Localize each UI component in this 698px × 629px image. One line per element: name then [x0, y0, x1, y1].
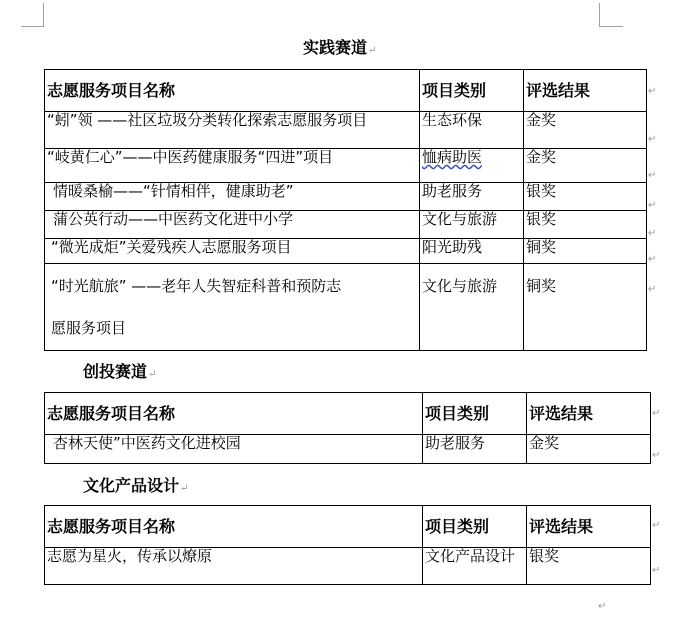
paragraph-mark: ↵: [148, 369, 156, 380]
row-end-mark: ↵: [648, 254, 656, 265]
cell-result: 铜奖: [524, 239, 647, 264]
cell-project-name: “时光航旅” ——老年人失智症科普和预防志 愿服务项目: [45, 264, 420, 351]
row-end-mark: ↵: [648, 200, 656, 211]
cell-line: “时光航旅” ——老年人失智症科普和预防志: [51, 278, 419, 295]
cell-project-name: “蚓”领 ——社区垃圾分类转化探索志愿服务项目: [45, 112, 420, 149]
row-end-mark: ↵: [652, 408, 660, 419]
table-row: “蚓”领 ——社区垃圾分类转化探索志愿服务项目 生态环保 金奖: [45, 112, 647, 149]
cell-category: 助老服务: [423, 435, 527, 464]
practice-track-table: 志愿服务项目名称 项目类别 评选结果 “蚓”领 ——社区垃圾分类转化探索志愿服务…: [44, 69, 647, 351]
row-end-mark: ↵: [652, 565, 660, 576]
cell-project-name: 杏林天使”中医药文化进校园: [45, 435, 423, 464]
table-row: 志愿为星火，传承以燎原 文化产品设计 银奖: [45, 548, 651, 585]
table-header-row: 志愿服务项目名称 项目类别 评选结果: [45, 70, 647, 112]
cell-category: 助老服务: [420, 183, 524, 211]
section-title-text: 文化产品设计: [83, 476, 179, 495]
section-title-venture: 创投赛道↵: [83, 362, 156, 385]
crop-mark-left-vertical: [43, 3, 44, 27]
cell-result: 银奖: [524, 183, 647, 211]
header-project-name: 志愿服务项目名称: [45, 393, 423, 435]
header-result: 评选结果: [527, 393, 651, 435]
section-title-text: 创投赛道: [83, 362, 147, 381]
cultural-design-table: 志愿服务项目名称 项目类别 评选结果 志愿为星火，传承以燎原 文化产品设计 银奖: [44, 505, 651, 585]
row-end-mark: ↵: [648, 284, 656, 295]
header-category: 项目类别: [420, 70, 524, 112]
cell-category: 阳光助残: [420, 239, 524, 264]
cell-result: 银奖: [527, 548, 651, 585]
table-row: “微光成炬”关爱残疾人志愿服务项目 阳光助残 铜奖: [45, 239, 647, 264]
header-category: 项目类别: [423, 393, 527, 435]
row-end-mark: ↵: [648, 170, 656, 181]
table-header-row: 志愿服务项目名称 项目类别 评选结果: [45, 506, 651, 548]
cell-result: 金奖: [524, 112, 647, 149]
cell-project-name: 志愿为星火，传承以燎原: [45, 548, 423, 585]
section-title-cultural-design: 文化产品设计↵: [83, 476, 188, 499]
cell-category: 生态环保: [420, 112, 524, 149]
row-end-mark: ↵: [652, 520, 660, 531]
crop-mark-left-horizontal: [21, 26, 44, 27]
crop-mark-right-horizontal: [599, 26, 623, 27]
header-project-name: 志愿服务项目名称: [45, 70, 420, 112]
table-header-row: 志愿服务项目名称 项目类别 评选结果: [45, 393, 651, 435]
cell-result: 金奖: [524, 149, 647, 183]
cell-project-name: “微光成炬”关爱残疾人志愿服务项目: [45, 239, 420, 264]
cell-category: 文化与旅游: [420, 211, 524, 239]
header-category: 项目类别: [423, 506, 527, 548]
table-row: “时光航旅” ——老年人失智症科普和预防志 愿服务项目 文化与旅游 铜奖: [45, 264, 647, 351]
cell-result: 金奖: [527, 435, 651, 464]
header-project-name: 志愿服务项目名称: [45, 506, 423, 548]
venture-track-table: 志愿服务项目名称 项目类别 评选结果 杏林天使”中医药文化进校园 助老服务 金奖: [44, 392, 651, 464]
header-result: 评选结果: [527, 506, 651, 548]
cell-project-name: 蒲公英行动——中医药文化进中小学: [45, 211, 420, 239]
row-end-mark: ↵: [648, 86, 656, 97]
section-title-practice: 实践赛道↵: [303, 38, 376, 61]
cell-category: 文化产品设计: [423, 548, 527, 585]
paragraph-mark: ↵: [368, 45, 376, 56]
row-end-mark: ↵: [648, 228, 656, 239]
spellcheck-text: 恤病助医: [422, 149, 482, 167]
cell-result: 铜奖: [524, 264, 647, 351]
row-end-mark: ↵: [648, 134, 656, 145]
table-row: 情暖桑榆——“针情相伴，健康助老” 助老服务 银奖: [45, 183, 647, 211]
trailing-paragraph-mark: ↵: [598, 601, 606, 612]
cell-category: 恤病助医: [420, 149, 524, 183]
cell-line: 愿服务项目: [51, 320, 419, 337]
paragraph-mark: ↵: [180, 483, 188, 494]
table-row: 蒲公英行动——中医药文化进中小学 文化与旅游 银奖: [45, 211, 647, 239]
cell-category: 文化与旅游: [420, 264, 524, 351]
cell-result: 银奖: [524, 211, 647, 239]
section-title-text: 实践赛道: [303, 38, 367, 57]
cell-project-name: “岐黄仁心”——中医药健康服务“四进”项目: [45, 149, 420, 183]
header-result: 评选结果: [524, 70, 647, 112]
table-row: 杏林天使”中医药文化进校园 助老服务 金奖: [45, 435, 651, 464]
cell-project-name: 情暖桑榆——“针情相伴，健康助老”: [45, 183, 420, 211]
table-row: “岐黄仁心”——中医药健康服务“四进”项目 恤病助医 金奖: [45, 149, 647, 183]
crop-mark-right-vertical: [599, 3, 600, 27]
row-end-mark: ↵: [652, 450, 660, 461]
